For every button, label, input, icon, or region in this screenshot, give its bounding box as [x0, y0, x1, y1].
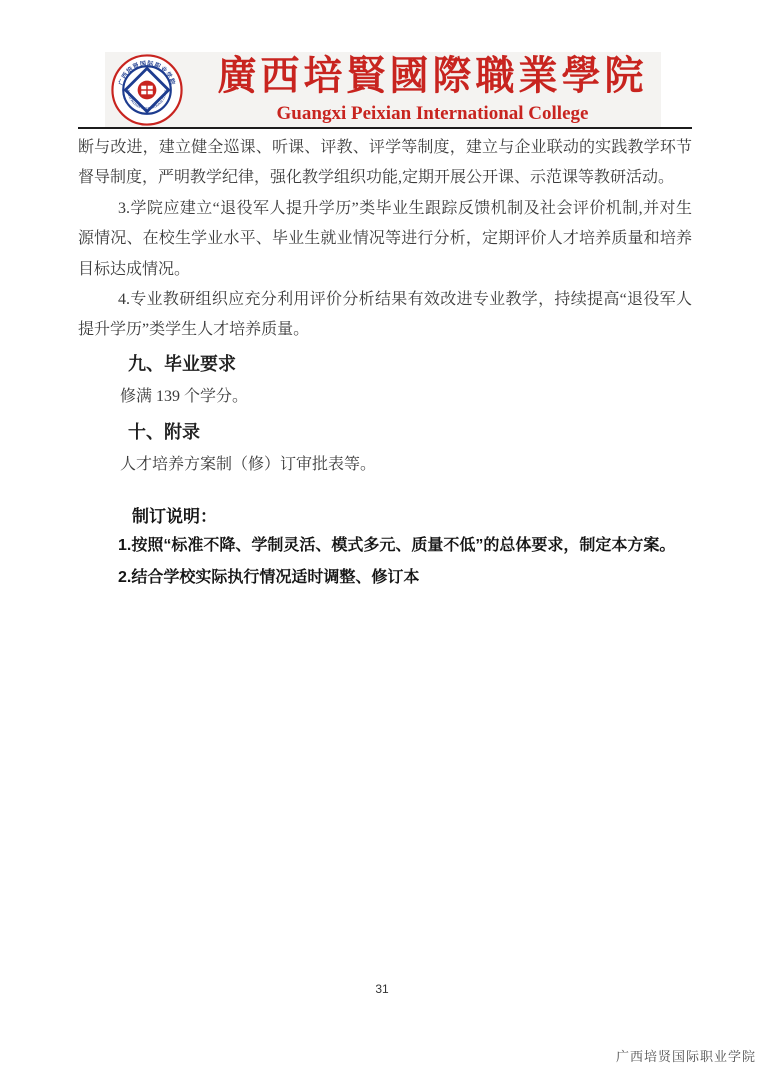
document-body: 断与改进，建立健全巡课、听课、评教、评学等制度，建立与企业联动的实践教学环节督导…: [78, 133, 692, 594]
page-number: 31: [375, 982, 388, 996]
section-text-appendix: 人才培养方案制（修）订审批表等。: [78, 452, 692, 478]
section-heading-appendix: 十、附录: [78, 419, 692, 445]
header-divider-rule: [78, 127, 692, 129]
paragraph-item-4: 4.专业教研组织应充分利用评价分析结果有效改进专业教学，持续提高“退役军人提升学…: [78, 285, 692, 346]
section-text-graduation: 修满 139 个学分。: [78, 384, 692, 410]
college-logo-icon: 广西培贤国际职业学院 GUANGXI PEIXIAN INTERNATIONAL…: [111, 54, 183, 126]
notes-block: 制订说明： 1.按照“标准不降、学制灵活、模式多元、质量不低”的总体要求，制定本…: [78, 504, 692, 594]
footer-college-name: 广西培贤国际职业学院: [616, 1046, 756, 1065]
college-name-zh: 廣西培賢國際職業學院: [205, 52, 660, 103]
college-name-en: Guangxi Peixian International College: [205, 103, 660, 125]
note-item-2: 2.结合学校实际执行情况适时调整、修订本: [78, 562, 692, 594]
header-banner: 广西培贤国际职业学院 GUANGXI PEIXIAN INTERNATIONAL…: [105, 52, 661, 127]
section-heading-graduation: 九、毕业要求: [78, 351, 692, 377]
paragraph-continuation: 断与改进，建立健全巡课、听课、评教、评学等制度，建立与企业联动的实践教学环节督导…: [78, 133, 692, 194]
note-item-1: 1.按照“标准不降、学制灵活、模式多元、质量不低”的总体要求，制定本方案。: [78, 530, 692, 562]
header-titles: 廣西培賢國際職業學院 Guangxi Peixian International…: [205, 52, 660, 127]
notes-title: 制订说明：: [78, 504, 692, 530]
paragraph-item-3: 3.学院应建立“退役军人提升学历”类毕业生跟踪反馈机制及社会评价机制,并对生源情…: [78, 194, 692, 285]
document-page: 广西培贤国际职业学院 GUANGXI PEIXIAN INTERNATIONAL…: [0, 0, 764, 1080]
